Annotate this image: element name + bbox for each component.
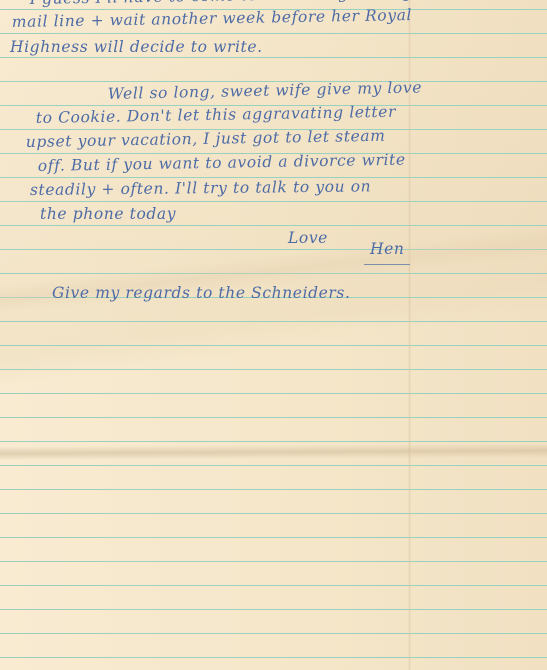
signature: Hen: [370, 240, 404, 258]
vertical-fold: [408, 0, 411, 670]
ruled-lines: [0, 0, 547, 670]
postscript: Give my regards to the Schneiders.: [52, 284, 351, 302]
letter-line-3: Highness will decide to write.: [10, 38, 263, 56]
letter-page: I guess I'll have to come tomorrow again…: [0, 0, 547, 670]
letter-line-9: the phone today: [40, 205, 176, 223]
closing: Love: [288, 229, 328, 247]
letter-line-8: steadily + often. I'll try to talk to yo…: [30, 177, 371, 199]
horizontal-crease: [0, 444, 547, 461]
signature-underline: [364, 264, 410, 265]
